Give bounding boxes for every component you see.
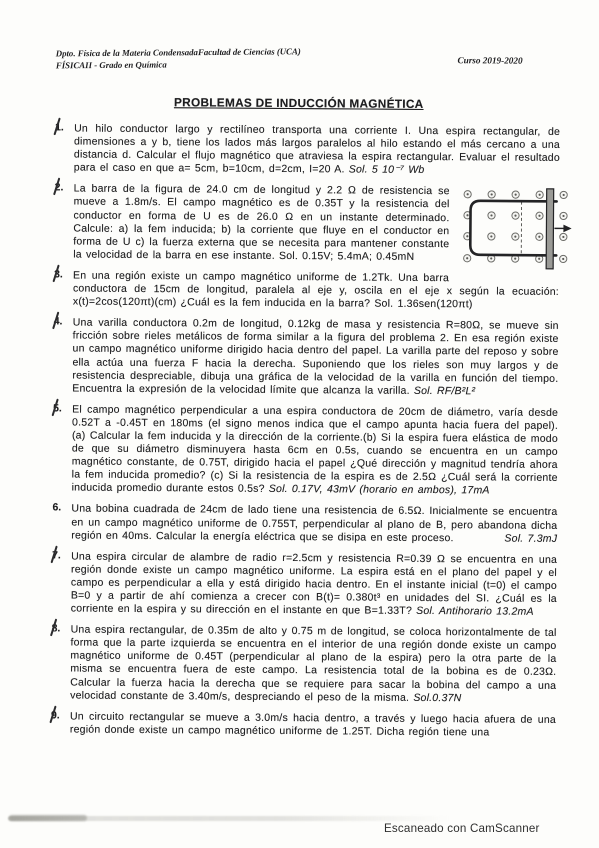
page-content: Dpto. Física de la Materia CondensadaFac… bbox=[0, 0, 599, 748]
problem-text: Una espira rectangular, de 0.35m de alto… bbox=[70, 624, 557, 706]
problem-body-text: El campo magnético perpendicular a una e… bbox=[72, 403, 559, 495]
problem-body-text: Una espira rectangular, de 0.35m de alto… bbox=[70, 624, 557, 704]
problem-number: 5. bbox=[53, 403, 62, 414]
problem-text: Una bobina cuadrada de 24cm de lado tien… bbox=[71, 503, 557, 546]
problem-solution-text: Sol. RF/B²L² bbox=[414, 385, 475, 397]
problem-item: 9. Un circuito rectangular se mueve a 3.… bbox=[70, 710, 556, 740]
problem-item: 3. En una región existe un campo magnéti… bbox=[73, 269, 559, 312]
problem-solution-text: Sol.0.37N bbox=[413, 692, 461, 704]
camscanner-watermark: Escaneado con CamScanner bbox=[384, 822, 540, 835]
problem-solution-text: Sol. 7.3mJ bbox=[504, 532, 557, 545]
problem-text: El campo magnético perpendicular a una e… bbox=[72, 403, 559, 498]
sliding-bar bbox=[546, 189, 554, 269]
problem-body-text: Un hilo conductor largo y rectilíneo tra… bbox=[74, 123, 560, 176]
problem-text: Un hilo conductor largo y rectilíneo tra… bbox=[74, 123, 560, 179]
problem-item: 7. Una espira circular de alambre de rad… bbox=[71, 550, 557, 619]
problem-body-text: Una bobina cuadrada de 24cm de lado tien… bbox=[71, 503, 557, 544]
document-header: Dpto. Física de la Materia CondensadaFac… bbox=[55, 48, 560, 86]
problem-text: Una varilla conductora 0.2m de longitud,… bbox=[72, 317, 559, 399]
problem-number: 8. bbox=[52, 624, 61, 635]
u-conductor bbox=[470, 201, 556, 256]
problem-item: 5. El campo magnético perpendicular a un… bbox=[72, 403, 559, 498]
problem-body-text: En una región existe un campo magnético … bbox=[73, 269, 559, 309]
problem-solution-text: Sol. 0.17V, 43mV (horario en ambos), 17m… bbox=[269, 483, 490, 497]
problem-number: 9. bbox=[51, 710, 60, 721]
problem-text: Un circuito rectangular se mueve a 3.0m/… bbox=[70, 710, 556, 740]
scanned-document-page: Dpto. Física de la Materia CondensadaFac… bbox=[0, 0, 599, 848]
velocity-arrow-right bbox=[554, 226, 570, 232]
problem-item: 4. Una varilla conductora 0.2m de longit… bbox=[72, 317, 559, 399]
problem-body-text: Un circuito rectangular se mueve a 3.0m/… bbox=[70, 710, 556, 738]
problem-text: La barra de la figura de 24.0 cm de long… bbox=[73, 183, 560, 265]
problem-number: 6. bbox=[52, 503, 61, 514]
problem-text: En una región existe un campo magnético … bbox=[73, 269, 559, 312]
problem-number: 4. bbox=[54, 317, 63, 328]
problem-solution-text: Sol. 5 10⁻⁷ Wb bbox=[349, 164, 425, 177]
problem-number: 3. bbox=[54, 269, 63, 280]
page-title: PROBLEMAS DE INDUCCIÓN MAGNÉTICA bbox=[0, 94, 598, 112]
problem-item: 2. bbox=[73, 183, 560, 265]
u-conductor-sliding-bar-figure bbox=[459, 186, 584, 273]
problem-number: 7. bbox=[52, 550, 61, 561]
problem-solution-text: Sol. Antihorario 13.2mA bbox=[416, 605, 534, 618]
problems-list: 1. Un hilo conductor largo y rectilíneo … bbox=[70, 123, 560, 740]
problem-body-text: Una varilla conductora 0.2m de longitud,… bbox=[72, 317, 559, 397]
problem-text: Una espira circular de alambre de radio … bbox=[71, 550, 557, 619]
scan-smudge-line bbox=[8, 816, 450, 821]
problem-number: 2. bbox=[55, 183, 64, 194]
problem-solution-text: Sol. 0.15V; 5.4mA; 0.45mN bbox=[279, 250, 414, 263]
problem-item: 1. Un hilo conductor largo y rectilíneo … bbox=[74, 123, 560, 179]
problem-item: 8. Una espira rectangular, de 0.35m de a… bbox=[70, 624, 557, 706]
problem-item: 6. Una bobina cuadrada de 24cm de lado t… bbox=[71, 503, 557, 546]
problem-number: 1. bbox=[55, 122, 64, 133]
problem-solution-text: Sol. 1.36sen(120πt) bbox=[374, 298, 472, 311]
course-label: Curso 2019-2020 bbox=[457, 55, 522, 65]
